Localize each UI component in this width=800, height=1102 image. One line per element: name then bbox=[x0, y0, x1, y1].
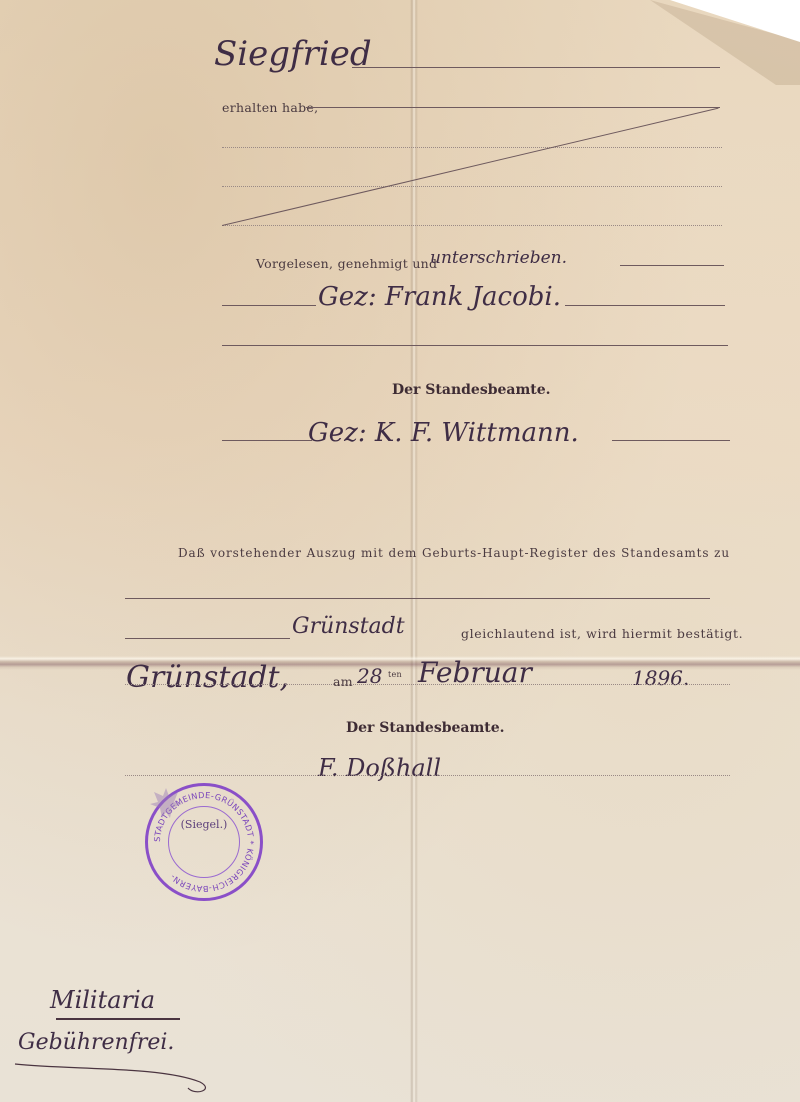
blank-line-1 bbox=[222, 147, 722, 148]
handwritten-place: Grünstadt bbox=[292, 614, 405, 639]
footer-title: Militaria bbox=[50, 986, 155, 1014]
seal-center-label: (Siegel.) bbox=[148, 818, 260, 831]
registrar-signature-2: F. Doßhall bbox=[318, 754, 441, 782]
footer-text: Gebührenfrei. bbox=[18, 1030, 174, 1055]
certification-line-1 bbox=[125, 598, 710, 599]
registrar-signature-1: Gez: K. F. Wittmann. bbox=[308, 418, 579, 448]
registrar-1-line-right bbox=[612, 440, 730, 441]
date-am-label: am bbox=[333, 674, 353, 689]
approval-line bbox=[620, 265, 724, 266]
signature-1-line-right bbox=[565, 305, 725, 306]
received-line bbox=[306, 107, 720, 108]
signature-1: Gez: Frank Jacobi. bbox=[318, 282, 561, 312]
approval-label: Vorgelesen, genehmigt und bbox=[256, 256, 437, 271]
certification-text-2: gleichlautend ist, wird hiermit bestätig… bbox=[461, 626, 743, 641]
blank-line-4 bbox=[222, 345, 728, 346]
certification-text-1: Daß vorstehender Auszug mit dem Geburts-… bbox=[178, 546, 730, 560]
registrar-heading-2: Der Standesbeamte. bbox=[346, 720, 505, 736]
registrar-2-line bbox=[125, 775, 730, 776]
name-line bbox=[352, 67, 720, 68]
handwritten-name: Siegfried bbox=[214, 34, 372, 74]
flourish-icon bbox=[10, 1060, 220, 1100]
registrar-1-line-left bbox=[222, 440, 312, 441]
blank-line-2 bbox=[222, 186, 722, 187]
approval-handwritten: unterschrieben. bbox=[430, 248, 567, 268]
corner-background bbox=[670, 0, 800, 42]
date-line bbox=[125, 684, 730, 685]
received-label: erhalten habe, bbox=[222, 100, 318, 115]
official-seal: STADTGEMEINDE-GRÜNSTADT * KÖNIGREICH-BAY… bbox=[145, 783, 263, 901]
date-year: 1896. bbox=[632, 666, 689, 690]
date-place: Grünstadt, bbox=[126, 660, 289, 695]
certification-line-2 bbox=[125, 638, 290, 639]
eagle-emblem-icon bbox=[148, 786, 184, 820]
blank-line-3 bbox=[222, 225, 722, 226]
date-day-suffix: ten bbox=[388, 670, 402, 679]
signature-1-line-left bbox=[222, 305, 316, 306]
footer-title-underline bbox=[56, 1018, 180, 1020]
registrar-heading-1: Der Standesbeamte. bbox=[392, 382, 551, 398]
